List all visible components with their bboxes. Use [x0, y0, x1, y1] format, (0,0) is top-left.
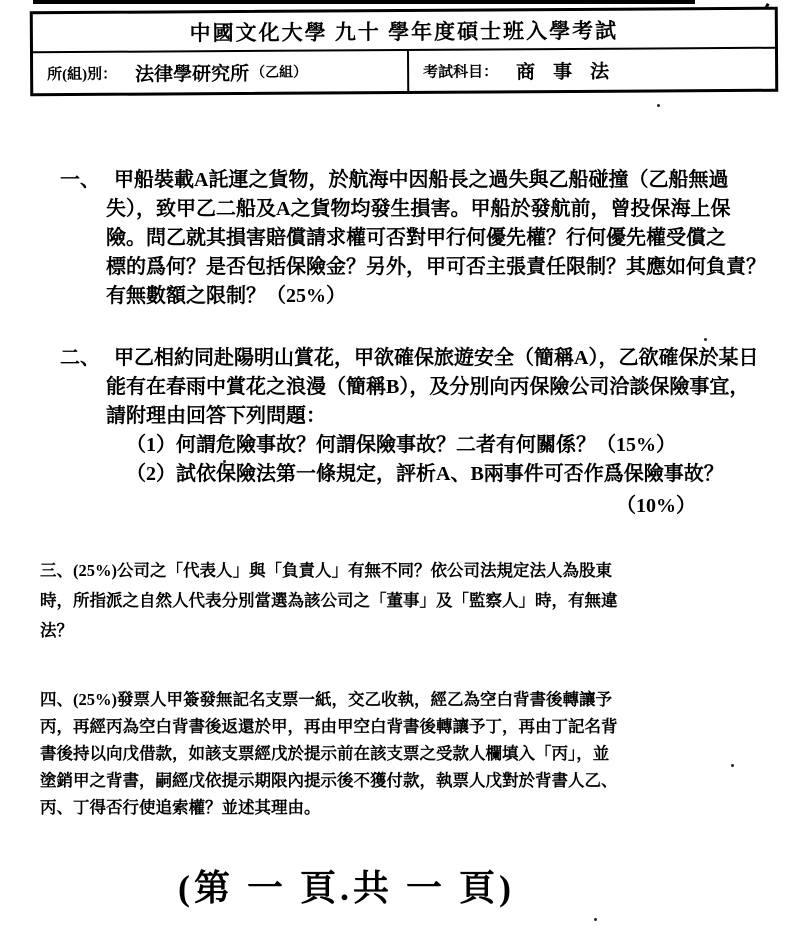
question-2-line: 請附理由回答下列問題：	[60, 402, 760, 431]
department-cell: 所(組)別： 法律學研究所 （乙組）	[33, 51, 409, 93]
question-2: 二、甲乙相約同赴陽明山賞花，甲欲確保旅遊安全（簡稱A），乙欲確保於某日 能有在春…	[60, 344, 760, 521]
question-3: 三、(25%)公司之「代表人」與「負責人」有無不同？依公司法規定法人為股東 時，…	[40, 556, 768, 646]
question-3-line: 時，所指派之自然人代表分別當選為該公司之「董事」及「監察人」時，有無違	[40, 586, 768, 616]
question-3-line: 三、(25%)公司之「代表人」與「負責人」有無不同？依公司法規定法人為股東	[40, 556, 768, 586]
question-4-line: 丙、丁得否行使追索權？並述其理由。	[40, 794, 768, 821]
subject-label: 考試科目：	[423, 60, 498, 81]
scan-speck	[657, 104, 660, 107]
scan-speck	[594, 918, 597, 921]
question-3-line: 法？	[40, 616, 768, 646]
question-1-number: 一、	[60, 166, 114, 195]
question-2-text: 甲乙相約同赴陽明山賞花，甲欲確保旅遊安全（簡稱A），乙欲確保於某日	[114, 347, 758, 369]
question-1-text: 甲船裝載A託運之貨物，於航海中因船長之過失與乙船碰撞（乙船無過	[114, 169, 728, 191]
question-4-line: 丙，再經丙為空白背書後返還於甲，再由甲空白背書後轉讓予丁，再由丁記名背	[40, 713, 768, 740]
question-1: 一、甲船裝載A託運之貨物，於航海中因船長之過失與乙船碰撞（乙船無過 失），致甲乙…	[60, 166, 760, 311]
question-2-subitem-2-score: （10%）	[60, 492, 696, 521]
question-1-line: 有無數額之限制？（25%）	[60, 282, 760, 311]
question-2-subitem-2: （2）試依保險法第一條規定，評析A、B兩事件可否作爲保險事故？	[60, 460, 760, 489]
subject-cell: 考試科目： 商事法	[409, 49, 775, 91]
exam-title: 中國文化大學 九十 學年度碩士班入學考試	[33, 10, 775, 54]
question-4: 四、(25%)發票人甲簽發無記名支票一紙，交乙收執，經乙為空白背書後轉讓予 丙，…	[40, 686, 768, 821]
question-4-line: 塗銷甲之背書，嗣經戊依提示期限內提示後不獲付款，執票人戊對於背書人乙、	[40, 767, 768, 794]
question-1-line: 標的爲何？是否包括保險金？另外，甲可否主張責任限制？其應如何負責？	[60, 253, 760, 282]
header-info-row: 所(組)別： 法律學研究所 （乙組） 考試科目： 商事法	[33, 49, 775, 94]
question-2-subitem-1: （1）何謂危險事故？何謂保險事故？二者有何關係？（15%）	[60, 431, 760, 460]
subject-value: 商事法	[516, 56, 627, 84]
exam-header-table: 中國文化大學 九十 學年度碩士班入學考試 所(組)別： 法律學研究所 （乙組） …	[30, 7, 779, 97]
question-2-line: 能有在春雨中賞花之浪漫（簡稱B），及分別向丙保險公司洽談保險事宜，	[60, 373, 760, 402]
scan-speck	[704, 338, 707, 341]
department-group: （乙組）	[251, 62, 307, 82]
page-footer: (第 一 頁.共 一 頁)	[178, 860, 515, 911]
question-4-line: 書後持以向戊借款，如該支票經戊於提示前在該支票之受款人欄填入「丙」，並	[40, 740, 768, 767]
department-value: 法律學研究所	[135, 58, 249, 86]
question-1-line: 險。問乙就其損害賠償請求權可否對甲行何優先權？行何優先權受償之	[60, 224, 760, 253]
question-4-line: 四、(25%)發票人甲簽發無記名支票一紙，交乙收執，經乙為空白背書後轉讓予	[40, 686, 768, 713]
question-2-line: 二、甲乙相約同赴陽明山賞花，甲欲確保旅遊安全（簡稱A），乙欲確保於某日	[60, 344, 760, 373]
exam-page: 中國文化大學 九十 學年度碩士班入學考試 所(組)別： 法律學研究所 （乙組） …	[0, 0, 791, 932]
question-1-line: 失），致甲乙二船及A之貨物均發生損害。甲船於發航前，曾投保海上保	[60, 195, 760, 224]
question-2-number: 二、	[60, 344, 114, 373]
department-label: 所(組)別：	[47, 62, 117, 83]
scan-edge-artifact	[33, 0, 695, 4]
question-1-line: 一、甲船裝載A託運之貨物，於航海中因船長之過失與乙船碰撞（乙船無過	[60, 166, 760, 195]
